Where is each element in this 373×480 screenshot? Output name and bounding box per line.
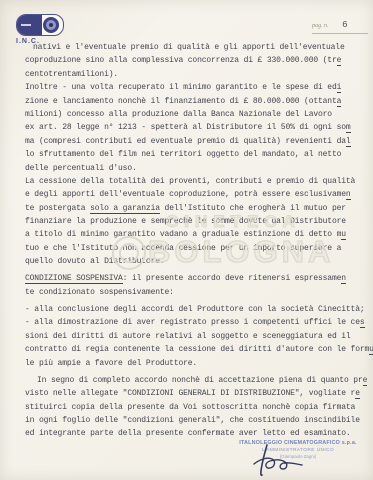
document-line: stituirci copia della presente da Voi so… [25, 401, 361, 414]
document-line: delle percentuali d'uso. [25, 162, 361, 175]
page-number-label: pag. n. [312, 23, 329, 29]
document-line: quello dovuto al Distributore. [25, 255, 361, 268]
document-line: lo sfruttamento del film nei territori o… [25, 148, 361, 161]
document-line: ex art. 28 legge n° 1213 - spetterà al D… [25, 121, 361, 134]
document-line: e degli apporti dell'eventuale coproduzi… [25, 188, 361, 201]
document-line: CONDIZIONE SOSPENSIVA: il presente accor… [25, 272, 361, 285]
logo-block [17, 15, 42, 35]
document-line: te condizionato sospensivamente: [25, 286, 361, 299]
document-line: coproduzione sino alla complessiva conco… [25, 54, 361, 67]
film-reel-icon [43, 17, 59, 33]
document-body: nativi e l'eventuale premio di qualità e… [25, 41, 361, 441]
document-line: in ogni foglio delle "condizioni general… [25, 414, 361, 427]
handwritten-signature [246, 444, 316, 478]
inc-logo-icon [16, 14, 64, 36]
page-number-value: 6 [342, 20, 347, 30]
film-reel-hub [49, 23, 53, 27]
page-number: pag. n. 6 [312, 14, 368, 34]
document-line: - alla dimostrazione di aver registrato … [25, 316, 361, 329]
document-line: tuo e che l'Istituto non accenda cession… [25, 242, 361, 255]
document-line: contratto di regia contenente la cession… [25, 343, 361, 356]
film-reel-ring [46, 20, 56, 30]
logo-dash [21, 24, 31, 26]
scanned-document-page: I.N.C. pag. n. 6 nativi e l'eventuale pr… [0, 0, 373, 480]
document-line: ed integrante parte della presente confe… [25, 427, 361, 440]
document-line: In segno di completo accordo nonchè di a… [25, 374, 361, 387]
document-line: visto nelle allegate "CONDIZIONI GENERAL… [25, 387, 361, 400]
document-line: le più ampie a favore del Produttore. [25, 357, 361, 370]
document-line: a titolo di minimo garantito vadano a gr… [25, 228, 361, 241]
document-line: Inoltre - una volta recuperato il minimo… [25, 81, 361, 94]
document-line: zione e lanciamento nonchè il finanziame… [25, 95, 361, 108]
document-line: La cessione della totalità dei proventi,… [25, 175, 361, 188]
document-line: te postergata solo a garanzia dell'Istit… [25, 202, 361, 215]
document-line: nativi e l'eventuale premio di qualità e… [25, 41, 361, 54]
document-line: ma (compresi contributi ed eventuale pre… [25, 135, 361, 148]
document-line: milioni) concesso alla produzione dalla … [25, 108, 361, 121]
document-line: finanziare la produzione e semprechè le … [25, 215, 361, 228]
document-line: centotrentamilioni). [25, 68, 361, 81]
document-line: - alla conclusione degli accordi del Pro… [25, 303, 361, 316]
document-line: sioni dei diritti di autore relativi al … [25, 330, 361, 343]
